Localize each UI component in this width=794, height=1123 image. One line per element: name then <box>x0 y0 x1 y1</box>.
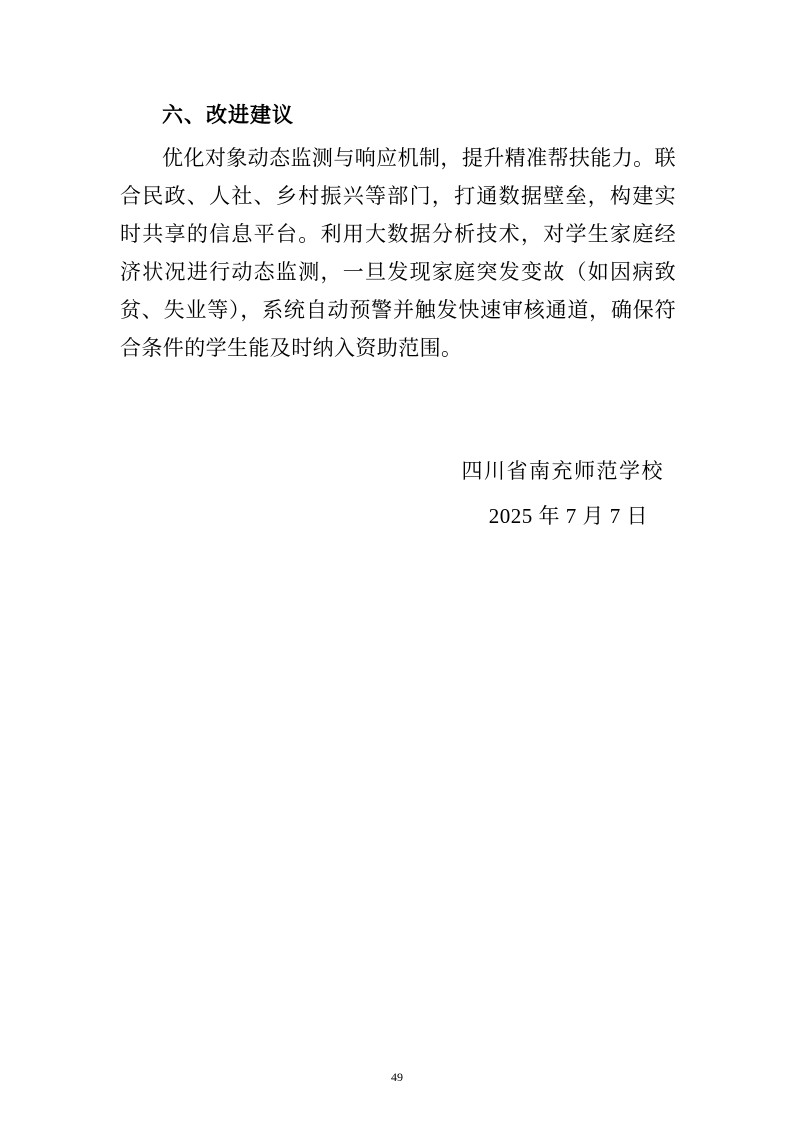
document-page: 六、改进建议 优化对象动态监测与响应机制，提升精准帮扶能力。联合民政、人社、乡村… <box>0 0 794 1123</box>
body-paragraph: 优化对象动态监测与响应机制，提升精准帮扶能力。联合民政、人社、乡村振兴等部门，打… <box>120 139 676 367</box>
signature-date: 2025 年 7 月 7 日 <box>120 497 648 535</box>
signature-block: 四川省南充师范学校 2025 年 7 月 7 日 <box>120 452 676 535</box>
signature-organization: 四川省南充师范学校 <box>120 452 664 490</box>
document-content: 六、改进建议 优化对象动态监测与响应机制，提升精准帮扶能力。联合民政、人社、乡村… <box>120 96 676 535</box>
page-number: 49 <box>0 1070 794 1085</box>
section-heading: 六、改进建议 <box>120 96 676 134</box>
